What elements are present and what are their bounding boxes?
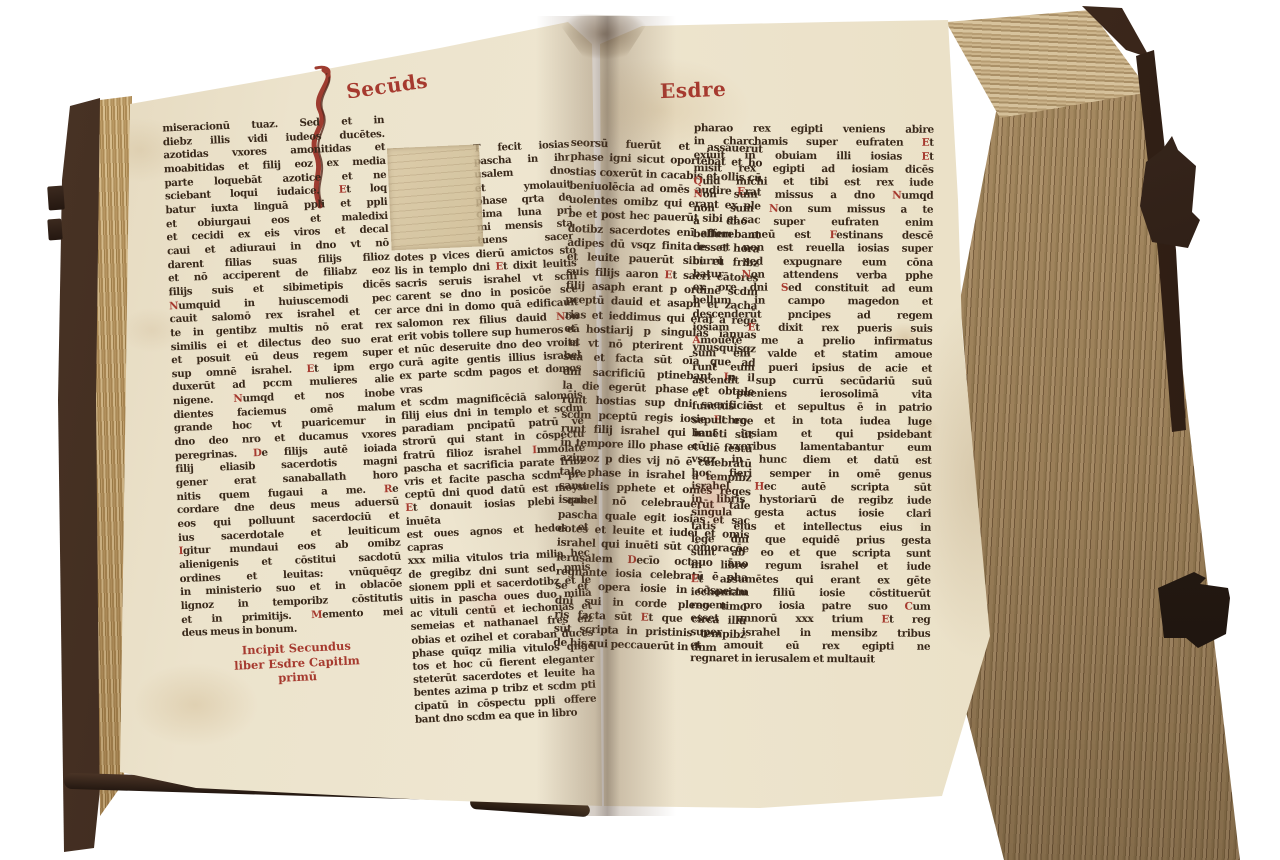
- clasp-catch-upper: [47, 185, 65, 210]
- column-2-opening: T fecit iosiaspascha in ihrusalem dnoet …: [473, 138, 574, 248]
- running-title-right: Esdre: [660, 77, 727, 103]
- incipit-rubric: Incipit Secundusliber Esdre Capitlmprimū: [205, 637, 389, 688]
- parchment-patch: [387, 144, 484, 250]
- clasp-catch-lower: [47, 219, 62, 241]
- book-photo: Secūds miseracionū tuaz. Sed et indiebz …: [0, 0, 1280, 860]
- right-page-column-2: pharao rex egipti veniens abirein charch…: [690, 122, 934, 667]
- left-page-column-1: miseracionū tuaz. Sed et indiebz illis v…: [162, 114, 404, 641]
